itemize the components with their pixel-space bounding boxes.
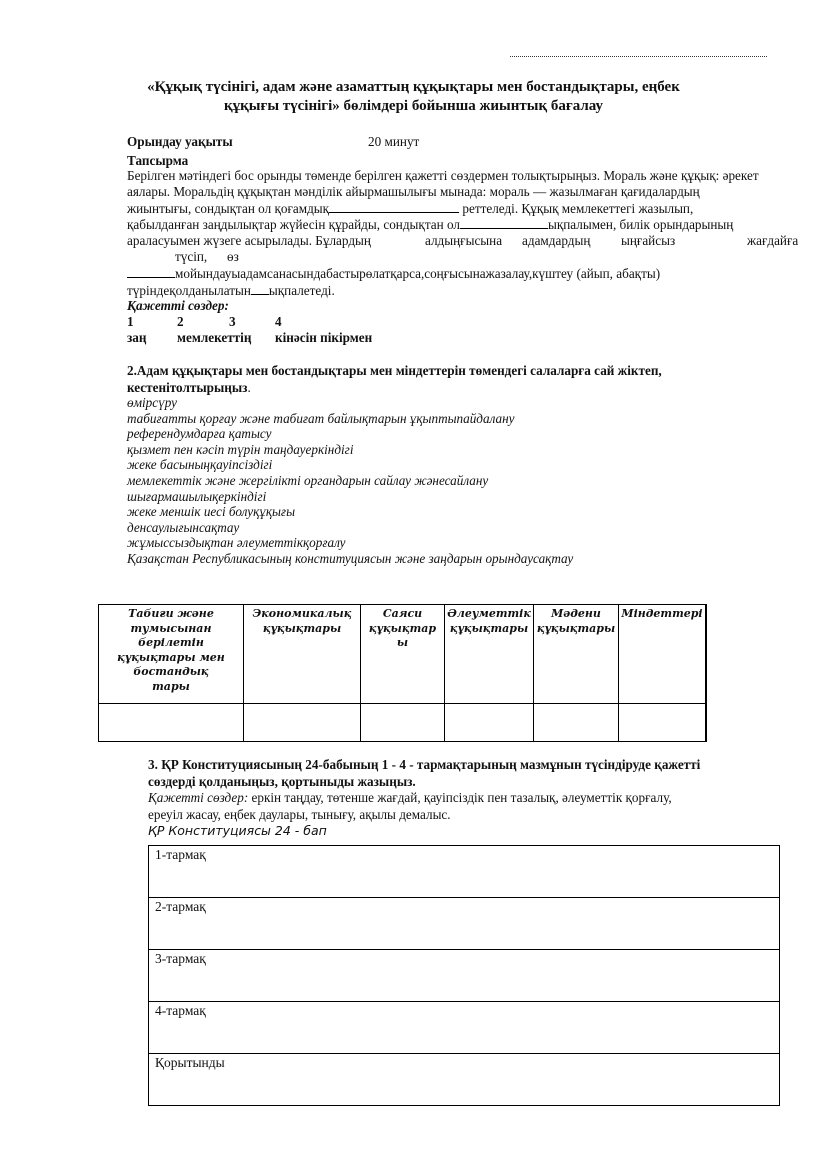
- rights-list: өмірсүру табиғатты қорғау және табиғат б…: [127, 395, 573, 567]
- task3-needed-words: Қажетті сөздер: еркін таңдау, төтенше жа…: [148, 790, 788, 807]
- task1-paragraph: Берілген мәтіндегі бос орынды төменде бе…: [127, 168, 799, 298]
- header-political-rights: Саясиқұқықтар ы: [361, 605, 445, 704]
- page-title: «Құқық түсінігі, адам және азаматтың құқ…: [120, 78, 707, 116]
- list-item: табиғатты қорғау және табиғат байлықтары…: [127, 411, 573, 427]
- table-row: 3-тармақ: [149, 950, 780, 1002]
- task3-heading: 3. ҚР Конституциясының 24-бабының 1 - 4 …: [148, 757, 788, 774]
- header-duties: Міндеттері: [619, 605, 707, 704]
- fill-blank-2[interactable]: [460, 216, 548, 229]
- task1-line: түріндеқолданылатынықпалетеді.: [127, 282, 799, 299]
- list-item: жұмыссыздықтан әлеуметтікқорғалу: [127, 535, 573, 551]
- answer-cell[interactable]: [445, 704, 534, 742]
- list-item: Қазақстан Республикасының конституциясын…: [127, 551, 573, 567]
- list-item: мемлекеттік және жергілікті органдарын с…: [127, 473, 573, 489]
- word: мемлекеттің: [177, 330, 275, 346]
- answer-cell[interactable]: [619, 704, 707, 742]
- article-cell[interactable]: 2-тармақ: [149, 898, 780, 950]
- list-item: өмірсүру: [127, 395, 573, 411]
- task3-subheading: ҚР Конституциясы 24 - бап: [148, 823, 327, 838]
- needed-words-label: Қажетті сөздер:: [127, 298, 229, 314]
- header-cultural-rights: Мәдениқұқықтары: [534, 605, 619, 704]
- header-economic-rights: Экономикалыққұқықтары: [244, 605, 361, 704]
- word-number: 4: [275, 314, 372, 330]
- word: заң: [127, 330, 177, 346]
- conclusion-cell[interactable]: Қорытынды: [149, 1054, 780, 1106]
- title-line-1: «Құқық түсінігі, адам және азаматтың құқ…: [120, 78, 707, 97]
- answer-cell[interactable]: [99, 704, 244, 742]
- table-header-row: Табиғи жәнетумысынан берілетінқұқықтары …: [99, 605, 707, 704]
- task2-heading: 2.Адам құқықтары мен бостандықтары мен м…: [127, 363, 807, 396]
- table-row: 4-тармақ: [149, 1002, 780, 1054]
- task1-line: мойындауыадамсанасындабастырөлатқарса,со…: [127, 265, 799, 282]
- task3-needed-words: ереуіл жасау, еңбек даулары, тынығу, ақы…: [148, 807, 788, 824]
- answer-cell[interactable]: [534, 704, 619, 742]
- list-item: шығармашылықеркіндігі: [127, 489, 573, 505]
- header-social-rights: Әлеуметтікқұқықтары: [445, 605, 534, 704]
- word: кінәсін пікірмен: [275, 330, 372, 346]
- fill-blank-1[interactable]: [329, 200, 459, 213]
- list-item: денсаулығынсақтау: [127, 520, 573, 536]
- fill-blank-3[interactable]: [127, 265, 175, 278]
- task1-line: араласуымен жүзеге асырылады. Бұлардың а…: [127, 233, 799, 249]
- dotted-name-line: [510, 48, 767, 57]
- answer-cell[interactable]: [361, 704, 445, 742]
- article-24-table: 1-тармақ 2-тармақ 3-тармақ 4-тармақ Қоры…: [148, 845, 780, 1106]
- needed-words-grid: 1 2 3 4 заң мемлекеттің кінәсін пікірмен: [127, 314, 372, 346]
- table-row: Қорытынды: [149, 1054, 780, 1106]
- task1-line: Берілген мәтіндегі бос орынды төменде бе…: [127, 168, 799, 184]
- answer-cell[interactable]: [244, 704, 361, 742]
- task3-heading: сөздерді қолданыңыз, қортыныды жазыңыз.: [148, 774, 788, 791]
- task3-block: 3. ҚР Конституциясының 24-бабының 1 - 4 …: [148, 757, 788, 823]
- header-natural-rights: Табиғи жәнетумысынан берілетінқұқықтары …: [99, 605, 244, 704]
- task1-line: жиынтығы, сондықтан ол қоғамдық реттелед…: [127, 200, 799, 217]
- task1-line: қабылданған заңдылықтар жүйесін құрайды,…: [127, 216, 799, 233]
- article-cell[interactable]: 1-тармақ: [149, 846, 780, 898]
- task1-heading: Тапсырма: [127, 153, 188, 169]
- article-cell[interactable]: 4-тармақ: [149, 1002, 780, 1054]
- list-item: референдумдарға қатысу: [127, 426, 573, 442]
- table-row: 1-тармақ: [149, 846, 780, 898]
- task1-line: түсіп, өз: [127, 249, 799, 265]
- list-item: қызмет пен кәсіп түрін таңдауеркіндігі: [127, 442, 573, 458]
- word-number: 1: [127, 314, 177, 330]
- time-value: 20 минут: [368, 134, 419, 150]
- rights-classification-table: Табиғи жәнетумысынан берілетінқұқықтары …: [98, 604, 707, 742]
- list-item: жеке басыныңқауіпсіздігі: [127, 457, 573, 473]
- table-row: 2-тармақ: [149, 898, 780, 950]
- table-row: [99, 704, 707, 742]
- task1-line: аялары. Моральдің құқықтан мәнділік айыр…: [127, 184, 799, 200]
- fill-blank-4[interactable]: [251, 282, 269, 295]
- time-label: Орындау уақыты: [127, 134, 233, 150]
- word-number: 3: [229, 314, 275, 330]
- list-item: жеке меншік иесі болуқұқығы: [127, 504, 573, 520]
- article-cell[interactable]: 3-тармақ: [149, 950, 780, 1002]
- word-number: 2: [177, 314, 229, 330]
- title-line-2: құқығы түсінігі» бөлімдері бойынша жиынт…: [120, 97, 707, 116]
